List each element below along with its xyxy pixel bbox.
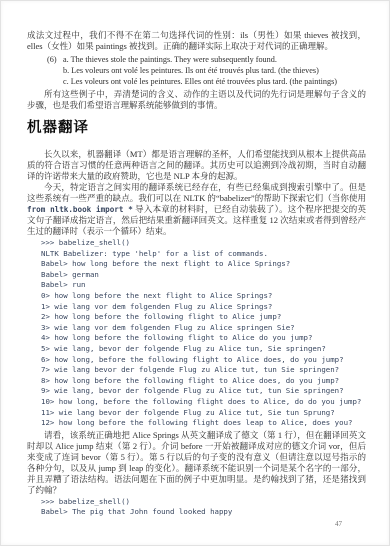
code-line: 3> wie lang vor dem folgenden Flug zu Al… — [41, 323, 366, 334]
code-line: Babel> The pig that John found looked ha… — [41, 507, 366, 518]
code-line: Babel> german — [41, 270, 366, 281]
code-line: 2> how long before the following flight … — [41, 312, 366, 323]
code-line: 7> wie lang bevor der folgende Flug zu A… — [41, 365, 366, 376]
example-item: a. The thieves stole the paintings. They… — [63, 54, 360, 65]
pig-example-code-block: >>> babelize_shell()Babel> The pig that … — [41, 497, 366, 518]
section-heading-machine-translation: 机器翻译 — [27, 119, 366, 137]
code-line: NLTK Babelizer: type 'help' for a list o… — [41, 249, 366, 260]
babelize-session-code-block: >>> babelize_shell()NLTK Babelizer: type… — [41, 238, 366, 429]
code-line: 11> wie lang bevor der folgende Flug zu … — [41, 408, 366, 419]
page-content: 成法文过程中，我们不得不在第二句选择代词的性别：ils（男性）如果 thieve… — [0, 0, 390, 518]
mt-history-paragraph: 长久以来，机器翻译（MT）都是语言理解的圣杯，人们希望能找到从根本上提供高品质的… — [27, 149, 366, 182]
page-number: 47 — [335, 520, 342, 528]
scanned-book-page: { "page": { "number": "47" }, "intro": {… — [0, 0, 390, 546]
example-item: c. Les voleurs ont volé les peintures. E… — [63, 76, 360, 87]
example-number: (6) — [47, 54, 63, 87]
code-line: 4> how long before the following flight … — [41, 333, 366, 344]
translation-analysis-paragraph: 请看，该系统正确地把 Alice Springs 从英文翻译成了德文（第 1 行… — [27, 430, 366, 496]
code-line: 0> how long before the next flight to Al… — [41, 291, 366, 302]
code-line: >>> babelize_shell() — [41, 497, 366, 508]
code-line: 9> wie lang, bevor der folgende Flug zu … — [41, 386, 366, 397]
example-block-6: (6) a. The thieves stole the paintings. … — [47, 54, 366, 87]
code-line: Babel> run — [41, 280, 366, 291]
example-item: b. Les voleurs ont volé les peintures. I… — [63, 65, 360, 76]
example-items: a. The thieves stole the paintings. They… — [63, 54, 366, 87]
babelizer-text-before-code: 今天，特定语言之间实用的翻译系统已经存在，有些已经集成到搜索引擎中了。但是这些系… — [27, 182, 366, 203]
inline-import-statement: from nltk.book import * — [27, 205, 133, 214]
code-line: 8> how long before the following flight … — [41, 376, 366, 387]
code-line: 6> how long, before the following flight… — [41, 355, 366, 366]
code-line: 10> how long, before the following fligh… — [41, 397, 366, 408]
intro-paragraph-continuation: 成法文过程中，我们不得不在第二句选择代词的性别：ils（男性）如果 thieve… — [27, 30, 366, 52]
code-line: 1> wie lang vor dem folgenden Flug zu Al… — [41, 302, 366, 313]
code-line: >>> babelize_shell() — [41, 238, 366, 249]
code-line: 12> how long before the following flight… — [41, 418, 366, 429]
code-line: Babel> how long before the next flight t… — [41, 259, 366, 270]
code-line: 5> wie lang, bevor der folgende Flug zu … — [41, 344, 366, 355]
intro-summary-paragraph: 所有这些例子中，弄清楚词的含义、动作的主语以及代词的先行词是理解句子含义的步骤，… — [27, 89, 366, 111]
mt-babelizer-paragraph: 今天，特定语言之间实用的翻译系统已经存在，有些已经集成到搜索引擎中了。但是这些系… — [27, 182, 366, 237]
